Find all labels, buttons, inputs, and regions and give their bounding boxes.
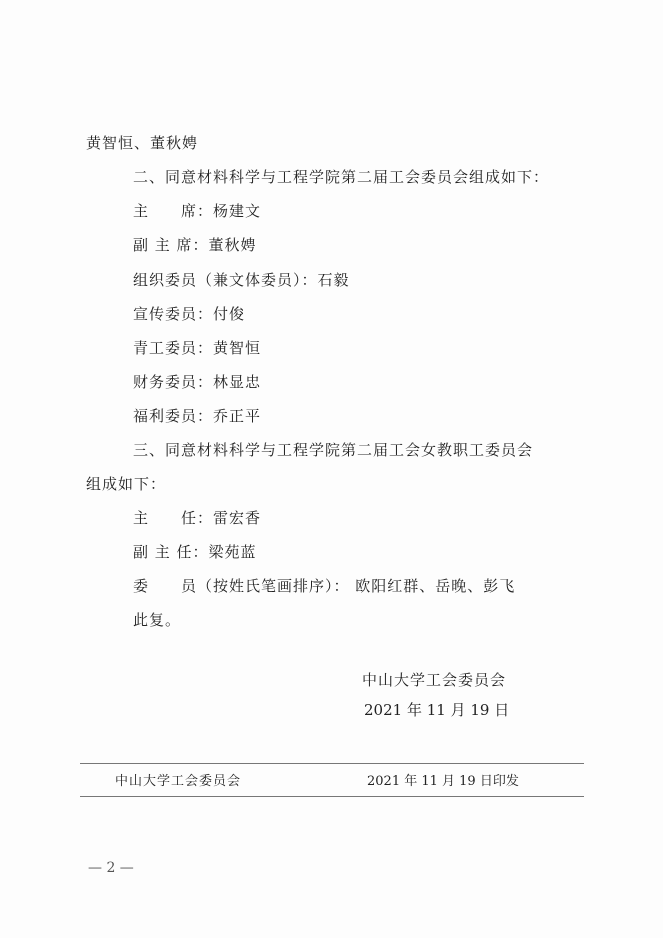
signature-date: 2021 年 11 月 19 日 xyxy=(364,700,509,720)
text-line: 主 席：杨建文 xyxy=(133,201,261,221)
text-line: 副 主 任：梁苑蓝 xyxy=(133,542,257,562)
closing-text: 此复。 xyxy=(133,610,181,630)
page-number: — 2 — xyxy=(88,858,134,878)
text-line: 黄智恒、董秋娉 xyxy=(86,133,198,153)
signature-org: 中山大学工会委员会 xyxy=(362,670,506,690)
text-line: 委 员（按姓氏笔画排序）： 欧阳红群、岳晚、彭飞 xyxy=(133,576,515,596)
text-line: 青工委员：黄智恒 xyxy=(133,338,261,358)
footer-issue-date: 2021 年 11 月 19 日印发 xyxy=(367,772,519,792)
text-line: 福利委员：乔正平 xyxy=(133,406,261,426)
section-heading-3: 三、同意材料科学与工程学院第二届工会女教职工委员会 xyxy=(133,440,533,460)
text-line: 副 主 席：董秋娉 xyxy=(133,235,257,255)
footer-issuer: 中山大学工会委员会 xyxy=(115,772,241,792)
text-line: 主 任：雷宏香 xyxy=(133,508,261,528)
footer-top-rule xyxy=(80,763,584,764)
text-line: 宣传委员：付俊 xyxy=(133,304,245,324)
footer-bottom-rule xyxy=(80,796,584,797)
text-line: 组织委员（兼文体委员）：石毅 xyxy=(133,270,350,290)
text-line: 组成如下： xyxy=(86,474,166,494)
section-heading-2: 二、同意材料科学与工程学院第二届工会委员会组成如下： xyxy=(133,167,549,187)
text-line: 财务委员：林显忠 xyxy=(133,372,261,392)
